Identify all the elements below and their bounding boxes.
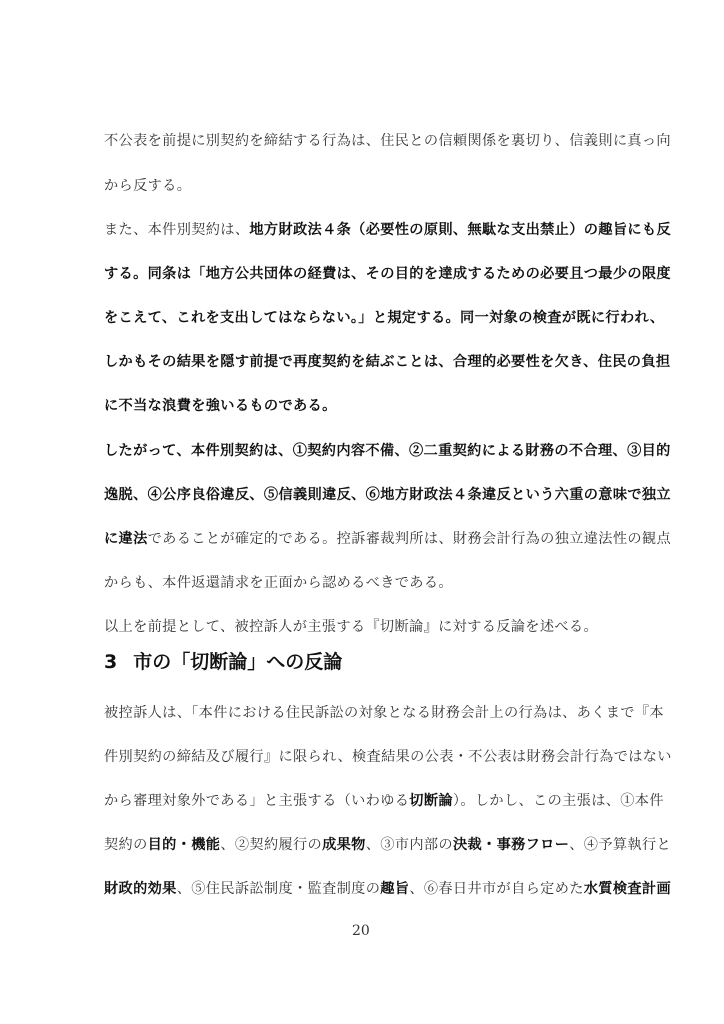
text-line: 被控訴人は、「本件における住民訴訟の対象となる財務会計上の行為は、あくまで『本 <box>104 703 634 723</box>
section-number: 3 <box>104 651 117 673</box>
text-segment: 契約の <box>104 837 148 853</box>
text-segment: 、⑤住民訴訟制度・監査制度の <box>177 881 381 897</box>
text-line: しかもその結果を隠す前提で再度契約を結ぶことは、合理的必要性を欠き、住民の負担 <box>104 352 634 372</box>
text-segment: からも、本件返還請求を正面から認めるべきである。 <box>104 575 453 591</box>
bold-text: しかもその結果を隠す前提で再度契約を結ぶことは、合理的必要性を欠き、住民の負担 <box>104 354 670 370</box>
text-line: 件別契約の締結及び履行』に限られ、検査結果の公表・不公表は財務会計行為ではない <box>104 747 634 767</box>
text-segment: ）。しかし、この主張は、①本件 <box>453 793 664 809</box>
bold-text: 成果物 <box>322 837 366 853</box>
text-line: 不公表を前提に別契約を締結する行為は、住民との信頼関係を裏切り、信義則に真っ向 <box>104 131 634 151</box>
text-line: する。同条は「地方公共団体の経費は、その目的を達成するための必要且つ最少の限度 <box>104 264 634 284</box>
text-line: 以上を前提として、被控訴人が主張する『切断論』に対する反論を述べる。 <box>104 617 634 637</box>
section-title: 市の「切断論」への反論 <box>133 651 342 673</box>
bold-text: 水質検査計画 <box>584 881 671 897</box>
bold-text: 地方財政法４条（必要性の原則、無駄な支出禁止）の趣旨にも反 <box>249 222 671 238</box>
bold-text: 逸脱、④公序良俗違反、⑤信義則違反、⑥地方財政法４条違反という六重の意味で独立 <box>104 487 671 503</box>
text-line: をこえて、これを支出してはならない。」と規定する。同一対象の検査が既に行われ、 <box>104 308 634 328</box>
text-segment: また、本件別契約は、 <box>104 222 249 238</box>
text-line: からも、本件返還請求を正面から認めるべきである。 <box>104 573 634 593</box>
text-segment: 、③市内部の <box>366 837 453 853</box>
text-segment: 、⑥春日井市が自ら定めた <box>409 881 583 897</box>
text-line: 契約の目的・機能、②契約履行の成果物、③市内部の決裁・事務フロー、④予算執行と <box>104 835 634 855</box>
text-line: 逸脱、④公序良俗違反、⑤信義則違反、⑥地方財政法４条違反という六重の意味で独立 <box>104 485 634 505</box>
bold-text: をこえて、これを支出してはならない。」と規定する。同一対象の検査が既に行われ、 <box>104 310 664 326</box>
text-segment: から審理対象外である」と主張する（いわゆる <box>104 793 409 809</box>
text-line: から審理対象外である」と主張する（いわゆる切断論）。しかし、この主張は、①本件 <box>104 791 634 811</box>
text-line: 財政的効果、⑤住民訴訟制度・監査制度の趣旨、⑥春日井市が自ら定めた水質検査計画 <box>104 879 634 899</box>
text-line: また、本件別契約は、地方財政法４条（必要性の原則、無駄な支出禁止）の趣旨にも反 <box>104 220 634 240</box>
bold-text: に違法 <box>104 531 148 547</box>
bold-text: したがって、本件別契約は、①契約内容不備、②二重契約による財務の不合理、③目的 <box>104 443 671 459</box>
text-segment: 被控訴人は、「本件における住民訴訟の対象となる財務会計上の行為は、あくまで『本 <box>104 705 664 721</box>
bold-text: 財政的効果 <box>104 881 177 897</box>
bold-text: に不当な浪費を強いるものである。 <box>104 398 337 414</box>
text-segment: であることが確定的である。控訴審裁判所は、財務会計行為の独立違法性の観点 <box>148 531 671 547</box>
text-segment: 件別契約の締結及び履行』に限られ、検査結果の公表・不公表は財務会計行為ではない <box>104 749 672 765</box>
section-heading: 3市の「切断論」への反論 <box>104 650 342 674</box>
bold-text: 目的・機能 <box>148 837 221 853</box>
text-segment: 以上を前提として、被控訴人が主張する『切断論』に対する反論を述べる。 <box>104 619 598 635</box>
text-line: に違法であることが確定的である。控訴審裁判所は、財務会計行為の独立違法性の観点 <box>104 529 634 549</box>
page-number: 20 <box>352 923 370 939</box>
text-segment: 、②契約履行の <box>220 837 322 853</box>
text-segment: 不公表を前提に別契約を締結する行為は、住民との信頼関係を裏切り、信義則に真っ向 <box>104 133 671 149</box>
text-line: から反する。 <box>104 176 634 196</box>
text-line: したがって、本件別契約は、①契約内容不備、②二重契約による財務の不合理、③目的 <box>104 441 634 461</box>
bold-text: する。同条は「地方公共団体の経費は、その目的を達成するための必要且つ最少の限度 <box>104 266 671 282</box>
bold-text: 切断論 <box>409 793 453 809</box>
bold-text: 決裁・事務フロー <box>453 837 569 853</box>
text-segment: から反する。 <box>104 178 191 194</box>
text-segment: 、④予算執行と <box>569 837 671 853</box>
bold-text: 趣旨 <box>380 881 409 897</box>
text-line: に不当な浪費を強いるものである。 <box>104 396 634 416</box>
document-page: 不公表を前提に別契約を締結する行為は、住民との信頼関係を裏切り、信義則に真っ向か… <box>0 0 724 1024</box>
